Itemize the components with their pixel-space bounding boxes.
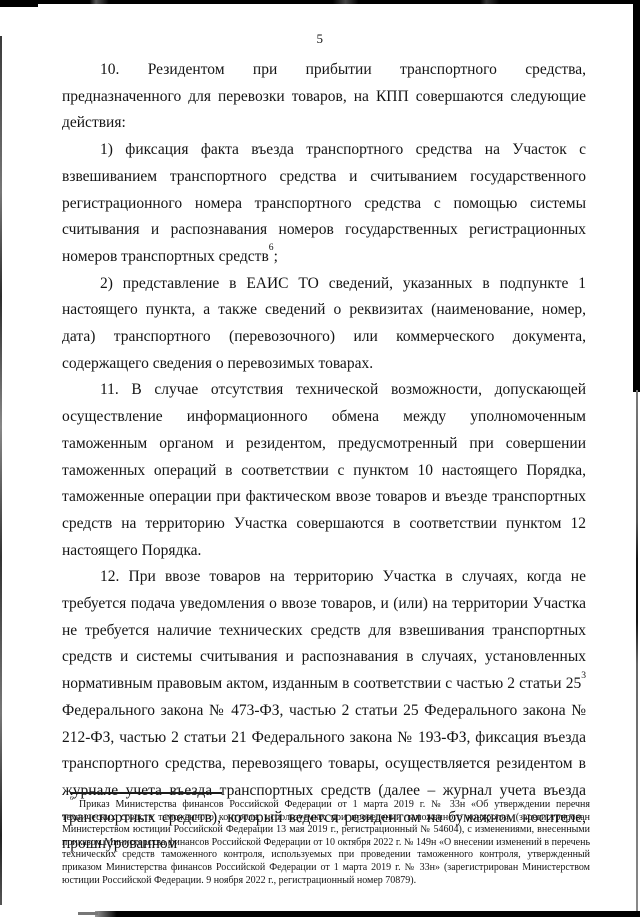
footnote-reference-6: 6 xyxy=(269,242,274,253)
footnote-separator xyxy=(70,792,222,794)
subparagraph-1-tail: ; xyxy=(274,248,278,265)
footnote-6: 6 Приказ Министерства финансов Российско… xyxy=(62,799,590,887)
paragraph-10: 10. Резидентом при прибытии транспортног… xyxy=(62,57,586,137)
paragraph-11: 11. В случае отсутствия технической возм… xyxy=(62,377,586,564)
scanned-document-page: 5 10. Резидентом при прибытии транспортн… xyxy=(0,0,640,917)
subparagraph-1-text: 1) фиксация факта въезда транспортного с… xyxy=(62,141,586,265)
paragraph-12-text: 12. При ввозе товаров на территорию Учас… xyxy=(62,568,586,692)
page-number: 5 xyxy=(0,31,640,47)
scan-artifact-bottom-ramp xyxy=(78,912,98,915)
footnote-text: Приказ Министерства финансов Российской … xyxy=(62,799,590,886)
scan-artifact-left-line xyxy=(0,36,2,905)
scan-artifact-top-edge xyxy=(0,0,640,4)
footnote-marker-6: 6 xyxy=(70,795,73,802)
scan-artifact-bottom-edge xyxy=(95,911,640,917)
subparagraph-1: 1) фиксация факта въезда транспортного с… xyxy=(62,137,586,271)
scan-artifact-right-edge xyxy=(633,0,640,392)
subparagraph-2: 2) представление в ЕАИС ТО сведений, ука… xyxy=(62,271,586,378)
scan-artifact-top-left-corner xyxy=(0,0,38,7)
article-25-superscript-3: 3 xyxy=(581,670,586,681)
document-body: 10. Резидентом при прибытии транспортног… xyxy=(62,57,586,858)
scan-artifact-right-line xyxy=(636,390,638,917)
